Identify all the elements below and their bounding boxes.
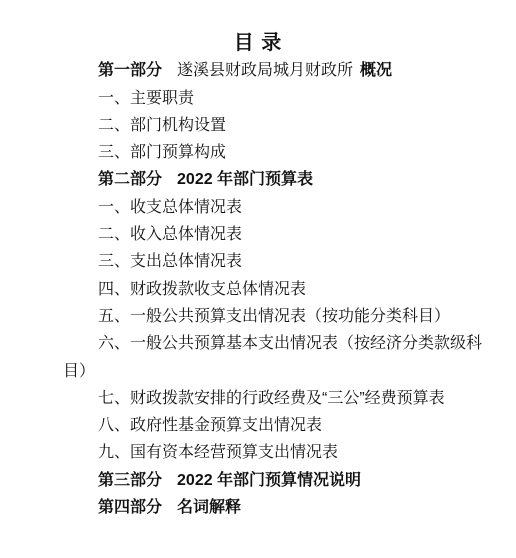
toc-item-table-4: 四、财政拨款收支总体情况表 (63, 276, 488, 303)
text-run: 六、一般公共预算基本支出情况表（按经济分类款级科 (98, 335, 482, 352)
text-run: 第一部分 (98, 62, 162, 79)
toc-item-table-1: 一、收支总体情况表 (63, 194, 488, 221)
text-run: 八、政府性基金预算支出情况表 (98, 417, 322, 434)
section-2-heading: 第二部分2022 年部门预算表 (63, 166, 488, 193)
text-run: 五、一般公共预算支出情况表（按功能分类科目） (98, 308, 450, 325)
toc-item-table-6: 六、一般公共预算基本支出情况表（按经济分类款级科 (63, 330, 488, 357)
text-run: 第二部分 (98, 171, 162, 188)
text-run: 二、部门机构设置 (98, 117, 226, 134)
toc-item-budget-composition: 三、部门预算构成 (63, 139, 488, 166)
text-run: 七、财政拨款安排的行政经费及“三公”经费预算表 (98, 390, 445, 407)
toc-item-table-5: 五、一般公共预算支出情况表（按功能分类科目） (63, 303, 488, 330)
text-run: 第三部分 (98, 472, 162, 489)
toc-item-table-9: 九、国有资本经营预算支出情况表 (63, 439, 488, 466)
section-4-heading: 第四部分名词解释 (63, 494, 488, 521)
toc-title: 目 录 (0, 30, 516, 57)
toc-item-table-8: 八、政府性基金预算支出情况表 (63, 412, 488, 439)
text-run: 一、收支总体情况表 (98, 199, 242, 216)
toc-item-table-3: 三、支出总体情况表 (63, 248, 488, 275)
text-run: 2022 年部门预算情况说明 (177, 472, 361, 489)
toc-item-duty: 一、主要职责 (63, 85, 488, 112)
text-run: 遂溪县财政局城月财政所 (177, 62, 353, 79)
toc-item-table-6-wrap: 目） (63, 358, 488, 385)
section-3-heading: 第三部分2022 年部门预算情况说明 (63, 467, 488, 494)
text-run: 概况 (360, 62, 392, 79)
document-page: 目 录 第一部分遂溪县财政局城月财政所概况一、主要职责二、部门机构设置三、部门预… (0, 0, 516, 558)
text-run: 三、支出总体情况表 (98, 253, 242, 270)
text-run: 四、财政拨款收支总体情况表 (98, 281, 306, 298)
toc-list: 第一部分遂溪县财政局城月财政所概况一、主要职责二、部门机构设置三、部门预算构成第… (63, 57, 488, 521)
toc-item-table-2: 二、收入总体情况表 (63, 221, 488, 248)
toc-item-table-7: 七、财政拨款安排的行政经费及“三公”经费预算表 (63, 385, 488, 412)
text-run: 一、主要职责 (98, 90, 194, 107)
text-run: 九、国有资本经营预算支出情况表 (98, 444, 338, 461)
text-run: 名词解释 (177, 499, 241, 516)
text-run: 三、部门预算构成 (98, 144, 226, 161)
text-run: 目） (63, 363, 95, 380)
text-run: 第四部分 (98, 499, 162, 516)
text-run: 2022 年部门预算表 (177, 171, 313, 188)
section-1-heading: 第一部分遂溪县财政局城月财政所概况 (63, 57, 488, 84)
text-run: 二、收入总体情况表 (98, 226, 242, 243)
toc-item-org: 二、部门机构设置 (63, 112, 488, 139)
